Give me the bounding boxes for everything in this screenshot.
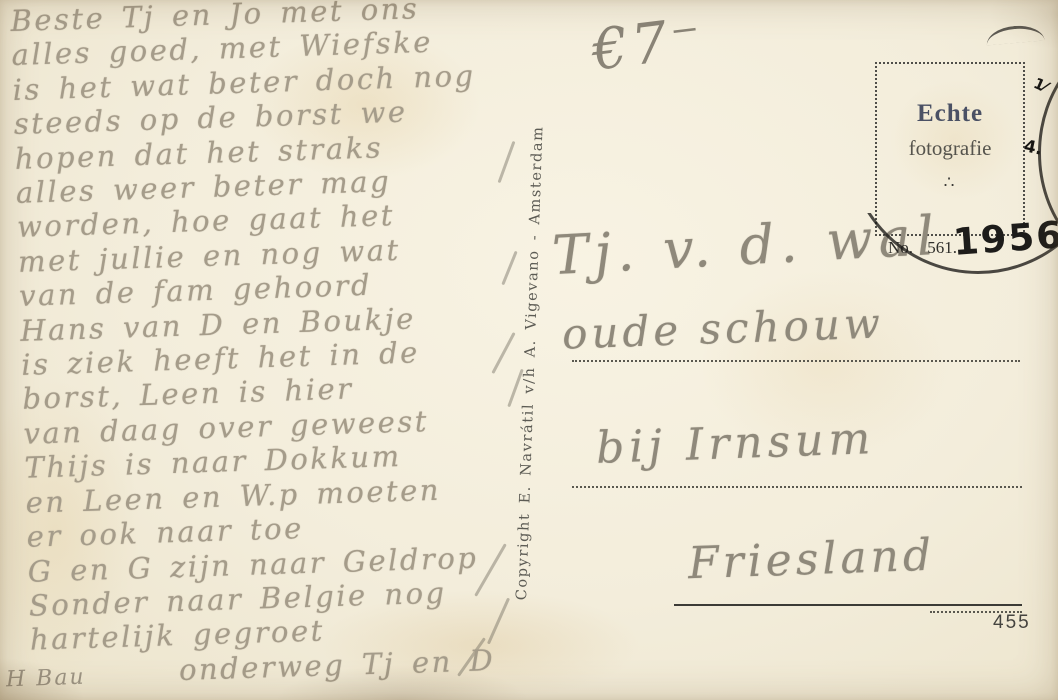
- address-rule-1: [572, 360, 1020, 362]
- stamp-box-subtitle: fotografie: [877, 136, 1023, 161]
- address-street: oude schouw: [561, 298, 884, 358]
- address-rule-2: [572, 486, 1022, 488]
- postmark-fragment: 1⁄: [1031, 74, 1050, 96]
- address-region: Friesland: [687, 530, 936, 590]
- address-place: bij Irnsum: [595, 413, 876, 474]
- stamp-box-dots: ∴: [877, 173, 1023, 193]
- price-mark: €7⁻: [588, 5, 708, 83]
- postmark-arc-icon: [847, 213, 1058, 275]
- card-number: 455: [993, 612, 1031, 634]
- address-rule-3: [674, 604, 1022, 606]
- postcard-back: Beste Tj en Jo met onsalles goed, met Wi…: [0, 0, 1058, 700]
- signature-line: H Bau: [6, 665, 86, 693]
- postmark-squiggle-icon: [985, 24, 1044, 46]
- stamp-box-title: Echte: [877, 100, 1023, 128]
- handwritten-message: Beste Tj en Jo met onsalles goed, met Wi…: [10, 0, 556, 692]
- postmark-arc-circle: [847, 213, 1058, 274]
